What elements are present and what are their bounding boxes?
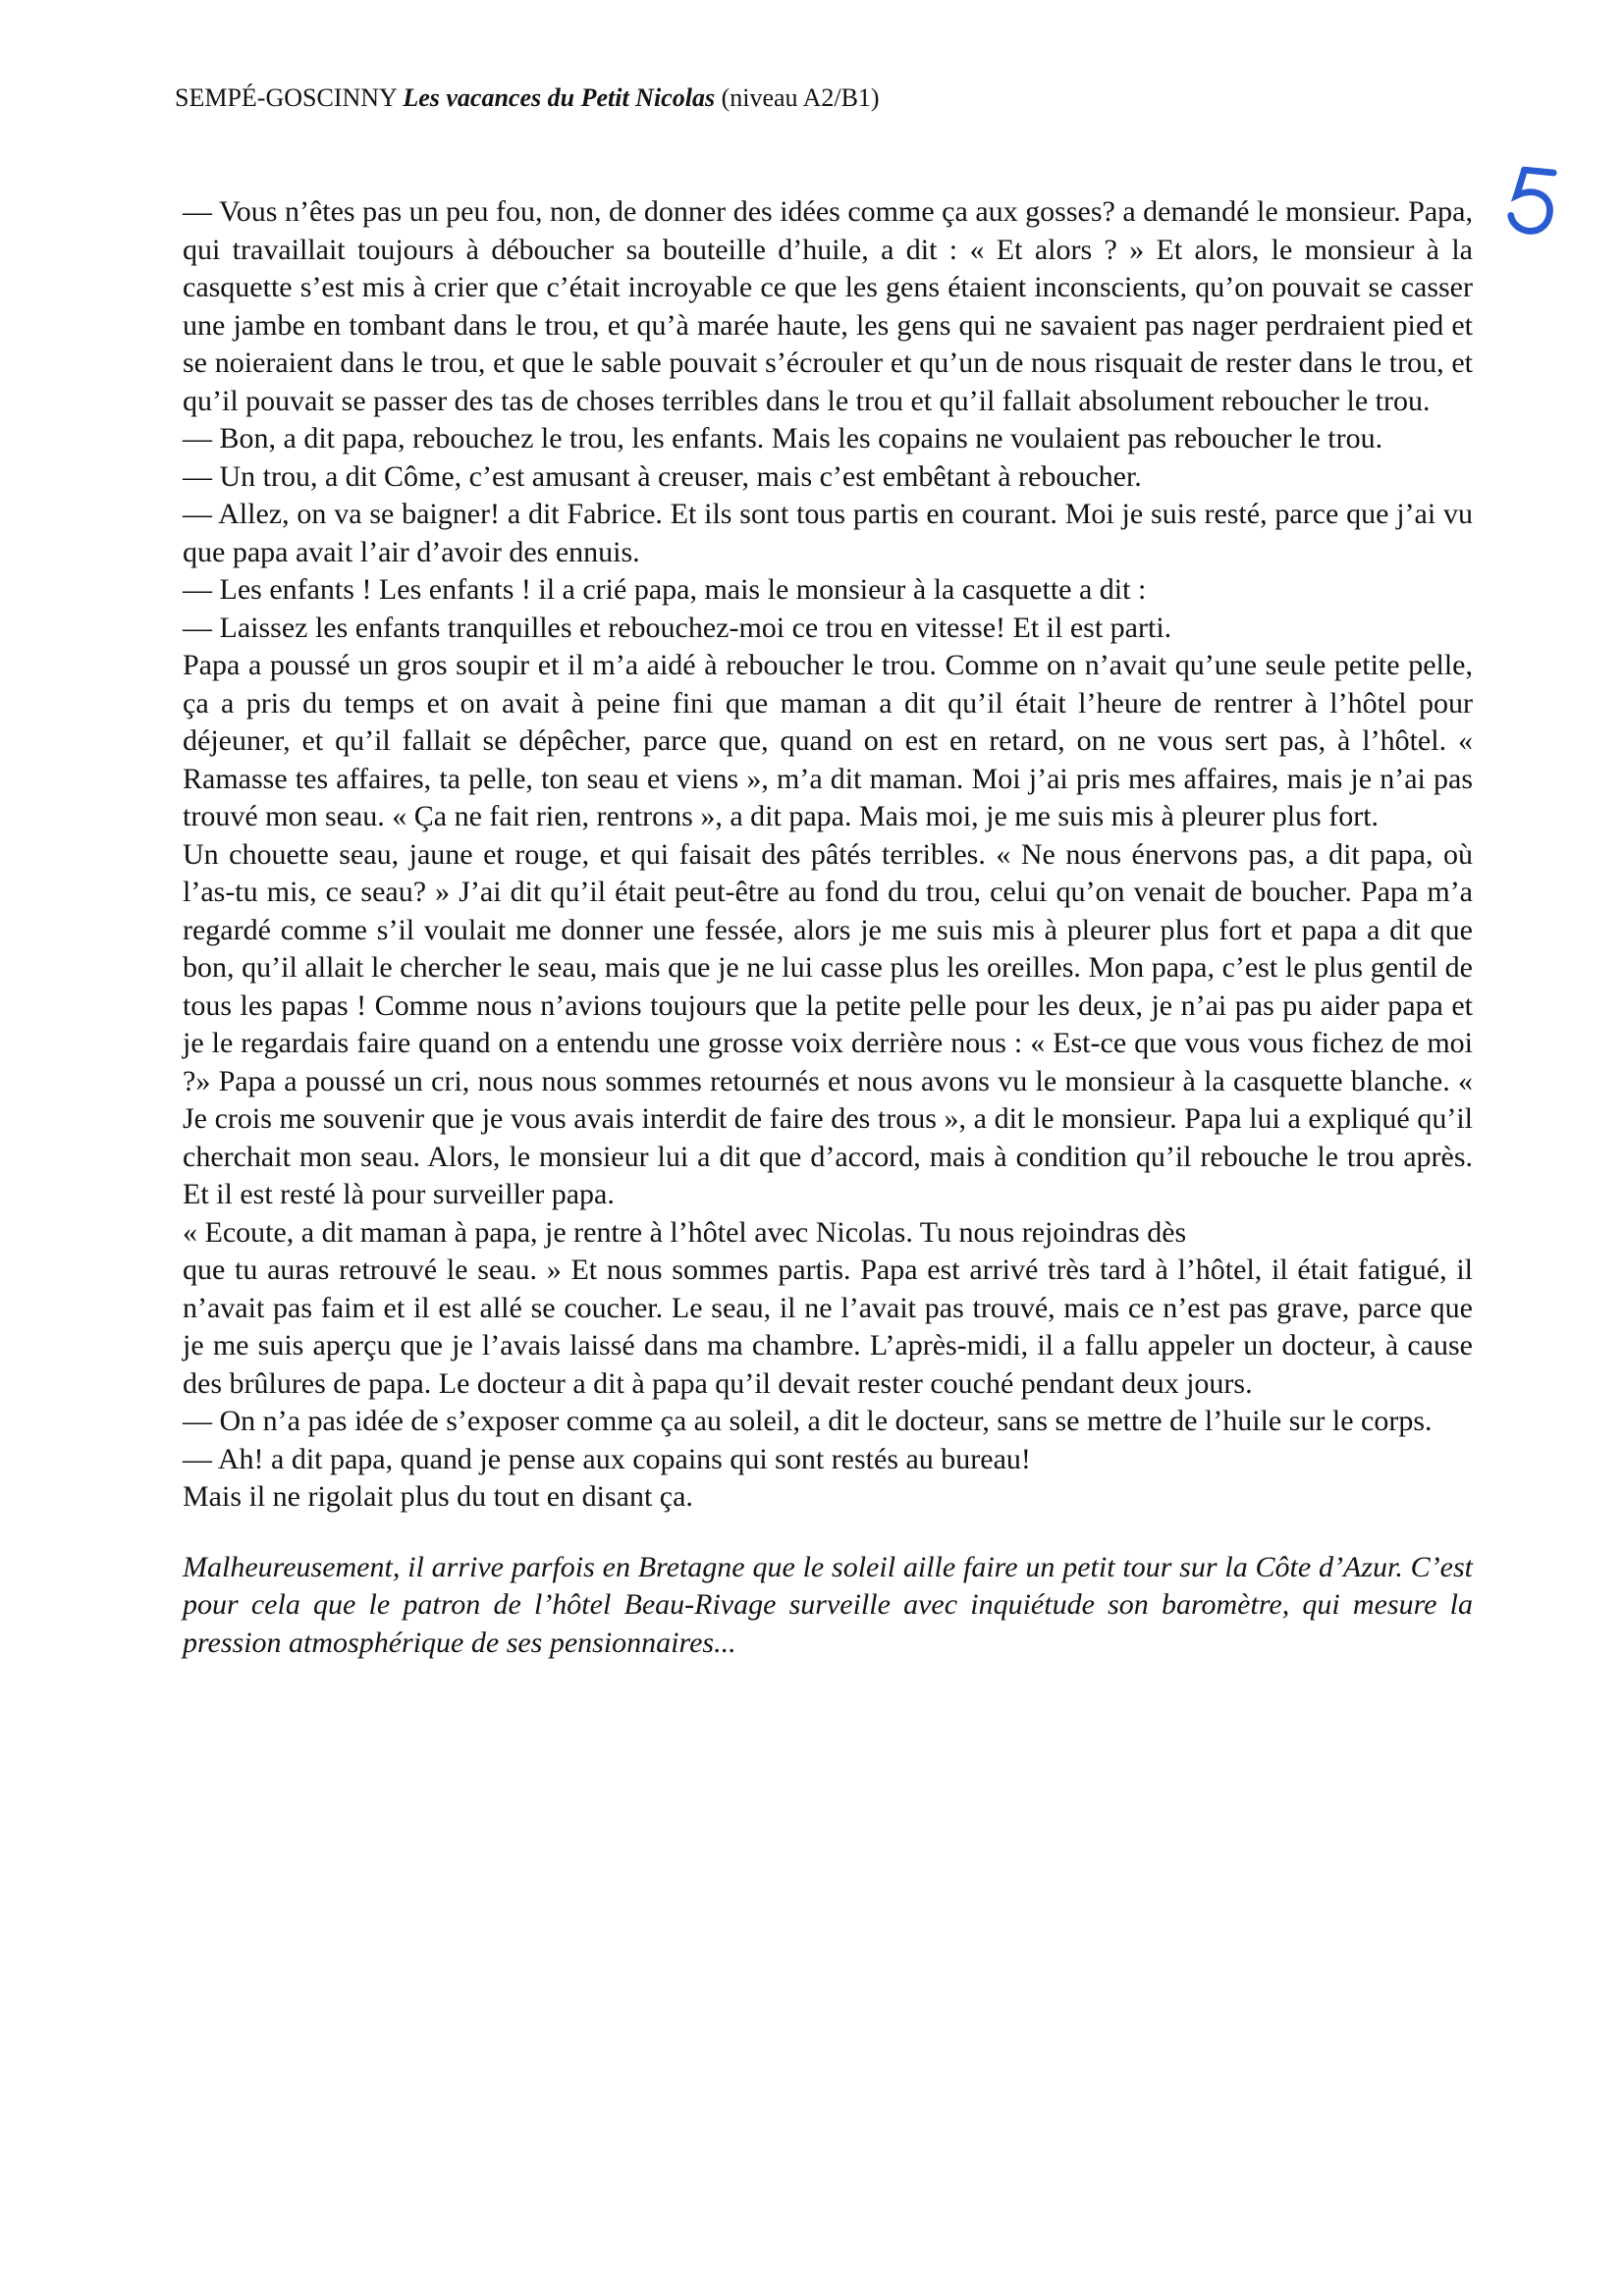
paragraph: — Bon, a dit papa, rebouchez le trou, le… [183, 420, 1473, 458]
paragraph: — Les enfants ! Les enfants ! il a crié … [183, 571, 1473, 610]
paragraph: — Vous n’êtes pas un peu fou, non, de do… [183, 193, 1473, 420]
level-note: (niveau A2/B1) [722, 83, 880, 112]
paragraph: — Un trou, a dit Côme, c’est amusant à c… [183, 458, 1473, 497]
handwritten-page-number: 5 [1504, 161, 1561, 240]
document-page: SEMPÉ-GOSCINNY Les vacances du Petit Nic… [0, 0, 1624, 2296]
author-name: SEMPÉ-GOSCINNY [175, 83, 397, 112]
closing-italic-paragraph: Malheureusement, il arrive parfois en Br… [183, 1549, 1473, 1663]
paragraph: — Allez, on va se baigner! a dit Fabrice… [183, 496, 1473, 571]
paragraph: — Ah! a dit papa, quand je pense aux cop… [183, 1441, 1473, 1479]
book-title: Les vacances du Petit Nicolas [403, 83, 715, 112]
paragraph: — On n’a pas idée de s’exposer comme ça … [183, 1403, 1473, 1441]
handwritten-five-icon [1504, 161, 1561, 240]
paragraph: que tu auras retrouvé le seau. » Et nous… [183, 1252, 1473, 1403]
paragraph: — Laissez les enfants tranquilles et reb… [183, 610, 1473, 648]
paragraph: « Ecoute, a dit maman à papa, je rentre … [183, 1214, 1473, 1253]
paragraph: Mais il ne rigolait plus du tout en disa… [183, 1478, 1473, 1517]
story-text: — Vous n’êtes pas un peu fou, non, de do… [183, 193, 1473, 1662]
paragraph: Un chouette seau, jaune et rouge, et qui… [183, 836, 1473, 1214]
paragraph: Papa a poussé un gros soupir et il m’a a… [183, 647, 1473, 836]
document-header: SEMPÉ-GOSCINNY Les vacances du Petit Nic… [175, 82, 880, 114]
